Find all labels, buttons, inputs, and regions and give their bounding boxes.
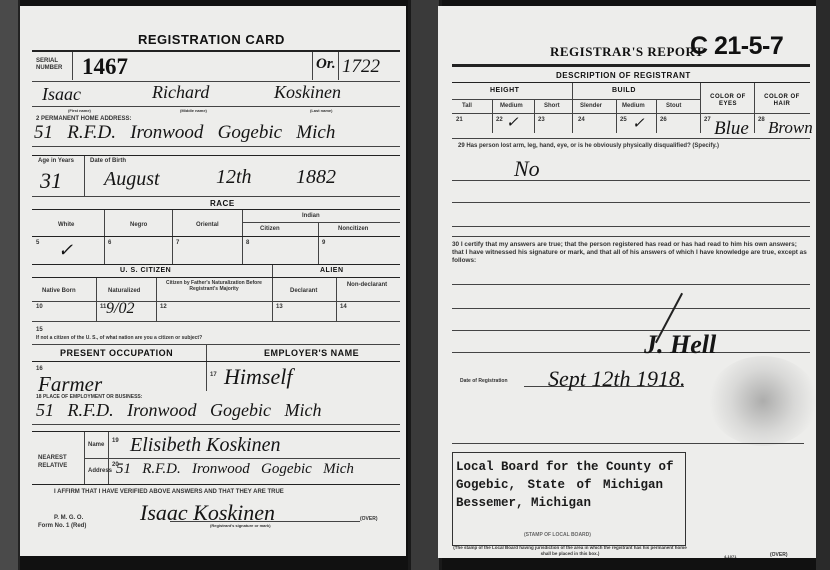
registration-date-label: Date of Registration xyxy=(460,378,508,384)
registrar-signature: J. Hell xyxy=(644,330,716,360)
field-number-25: 25 xyxy=(620,117,627,123)
back-over-label: (OVER) xyxy=(770,552,788,558)
order-label: Or. xyxy=(316,56,336,73)
field-number-23: 23 xyxy=(538,117,545,123)
employment-place-value: 51 R.F.D. Ironwood Gogebic Mich xyxy=(36,400,321,421)
employer-value: Himself xyxy=(224,364,292,390)
signature-caption: (Registrant's signature or mark) xyxy=(210,523,271,528)
registrars-report-back: REGISTRAR'S REPORT C 21-5-7 DESCRIPTION … xyxy=(438,6,816,558)
hair-title: COLOR OF HAIR xyxy=(760,94,804,108)
disability-question: 29 Has person lost arm, leg, hand, eye, … xyxy=(458,142,810,150)
race-col-negro: Negro xyxy=(130,222,147,228)
height-title: HEIGHT xyxy=(490,87,519,94)
race-col-noncitizen: Noncitizen xyxy=(338,226,368,232)
field-number-9: 9 xyxy=(322,240,325,246)
eyes-title: COLOR OF EYES xyxy=(706,94,750,108)
nation-question: If not a citizen of the U. S., of what n… xyxy=(36,335,202,341)
age-label: Age in Years xyxy=(38,158,74,164)
field-number-24: 24 xyxy=(578,117,585,123)
field-number-21: 21 xyxy=(456,117,463,123)
citizen-col-naturalized: Naturalized xyxy=(108,288,140,294)
field-number-8: 8 xyxy=(246,240,249,246)
height-col-medium: Medium xyxy=(500,103,523,109)
field-number-27: 27 xyxy=(704,117,711,123)
height-medium-checkmark: ✓ xyxy=(506,113,519,132)
serial-number: 1467 xyxy=(82,54,128,80)
age-value: 31 xyxy=(40,168,62,194)
height-col-short: Short xyxy=(544,103,560,109)
last-name-caption: (Last name) xyxy=(310,108,332,113)
field-number-14: 14 xyxy=(340,304,347,310)
report-title: REGISTRAR'S REPORT xyxy=(550,44,704,60)
field-number-22: 22 xyxy=(496,117,503,123)
race-col-oriental: Oriental xyxy=(196,222,219,228)
first-name-caption: (First name) xyxy=(68,108,91,113)
field-number-28: 28 xyxy=(758,117,765,123)
field-number-12: 12 xyxy=(160,304,167,310)
field-number-5: 5 xyxy=(36,240,39,246)
field-number-10: 10 xyxy=(36,304,43,310)
dob-year: 1882 xyxy=(296,166,336,189)
form-code: 4-1071 xyxy=(724,554,736,558)
field-number-26: 26 xyxy=(660,117,667,123)
build-col-medium: Medium xyxy=(622,103,645,109)
occupation-title: PRESENT OCCUPATION xyxy=(60,348,173,358)
field-number-6: 6 xyxy=(108,240,111,246)
registration-card-front: REGISTRATION CARD SERIAL NUMBER 1467 Or.… xyxy=(20,6,406,556)
front-over-label: (OVER) xyxy=(360,516,378,522)
relative-name-label: Name xyxy=(88,442,104,448)
alien-col-declarant: Declarant xyxy=(290,288,317,294)
alien-col-nondeclarant: Non-declarant xyxy=(342,282,392,289)
scan-smudge xyxy=(708,356,816,446)
race-indian-label: Indian xyxy=(302,213,320,219)
citizen-col-native: Native Born xyxy=(42,288,76,294)
citizen-col-fathers-naturalization: Citizen by Father's Naturalization Befor… xyxy=(162,280,266,292)
scan-border-left xyxy=(0,0,20,570)
employer-title: EMPLOYER'S NAME xyxy=(264,348,359,358)
stamp-line-2: Gogebic, State of Michigan xyxy=(456,476,663,494)
middle-name-caption: (Middle name) xyxy=(180,108,207,113)
build-col-stout: Stout xyxy=(666,103,681,109)
form-label-number: Form No. 1 (Red) xyxy=(38,523,86,529)
order-number: 1722 xyxy=(342,56,380,78)
eye-color-value: Blue xyxy=(714,118,749,140)
alien-title: ALIEN xyxy=(320,267,344,274)
scan-gutter xyxy=(408,0,442,570)
build-title: BUILD xyxy=(612,87,636,94)
field-number-15: 15 xyxy=(36,327,43,333)
relative-name-value: Elisibeth Koskinen xyxy=(130,434,281,457)
home-address: 51 R.F.D. Ironwood Gogebic Mich xyxy=(34,122,335,144)
registrant-last-name: Koskinen xyxy=(274,82,341,103)
scan-border-right xyxy=(816,0,830,570)
dob-month: August xyxy=(104,168,160,191)
registration-date-value: Sept 12th 1918. xyxy=(548,366,686,392)
dob-label: Date of Birth xyxy=(90,158,126,164)
race-col-citizen: Citizen xyxy=(260,226,280,232)
hair-color-value: Brown xyxy=(768,118,813,138)
stamp-caption: (STAMP OF LOCAL BOARD) xyxy=(524,532,591,538)
naturalized-value: 9/02 xyxy=(106,300,134,318)
card-title: REGISTRATION CARD xyxy=(138,32,285,47)
certify-text: 30 I certify that my answers are true; t… xyxy=(452,241,810,265)
nearest-relative-label: NEAREST RELATIVE xyxy=(38,454,78,470)
affirmation-text: I AFFIRM THAT I HAVE VERIFIED ABOVE ANSW… xyxy=(54,489,284,495)
dob-day: 12th xyxy=(216,166,252,189)
build-col-slender: Slender xyxy=(580,103,602,109)
field-number-19: 19 xyxy=(112,438,119,444)
registrant-first-name: Isaac xyxy=(42,84,81,105)
field-number-17: 17 xyxy=(210,372,217,378)
race-white-checkmark: ✓ xyxy=(58,240,73,261)
us-citizen-title: U. S. CITIZEN xyxy=(120,267,171,274)
serial-label: SERIAL NUMBER xyxy=(36,58,66,72)
race-title: RACE xyxy=(210,199,235,208)
stamp-code: C 21-5-7 xyxy=(690,32,783,61)
form-label-pmgo: P. M. G. O. xyxy=(54,515,83,521)
disability-answer: No xyxy=(514,156,540,182)
stamp-line-3: Bessemer, Michigan xyxy=(456,494,591,512)
stamp-note: (The stamp of the Local Board having jur… xyxy=(452,545,688,556)
registrant-middle-name: Richard xyxy=(152,82,209,103)
field-number-13: 13 xyxy=(276,304,283,310)
race-col-white: White xyxy=(58,222,74,228)
field-number-7: 7 xyxy=(176,240,179,246)
height-col-tall: Tall xyxy=(462,103,472,109)
build-medium-checkmark: ✓ xyxy=(632,114,645,133)
description-title: DESCRIPTION OF REGISTRANT xyxy=(556,71,691,80)
stamp-line-1: Local Board for the County of xyxy=(456,458,674,476)
relative-address-value: 51 R.F.D. Ironwood Gogebic Mich xyxy=(116,461,354,478)
